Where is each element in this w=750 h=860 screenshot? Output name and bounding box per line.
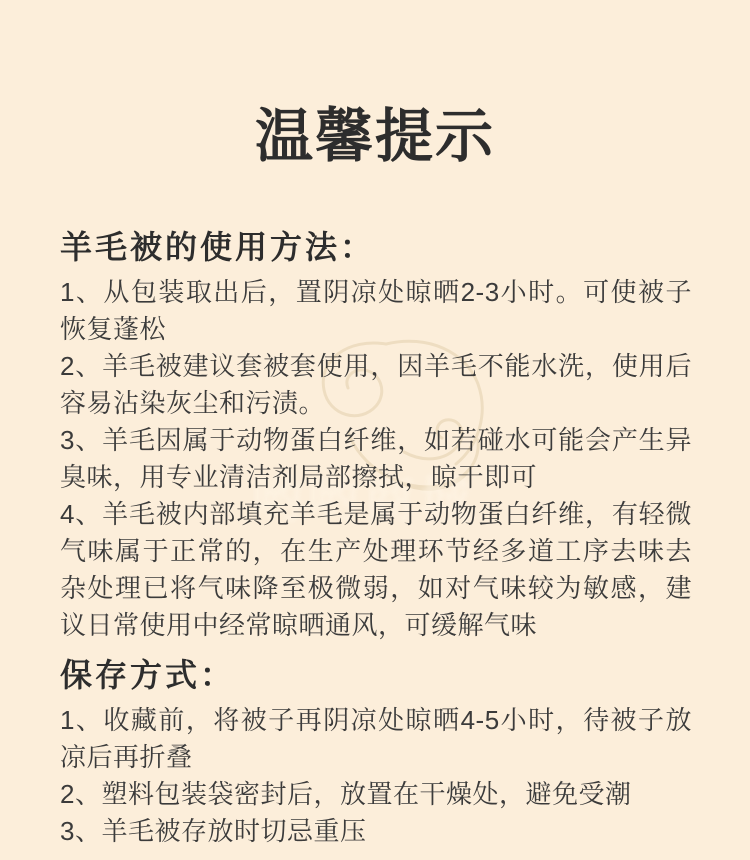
usage-item-list: 1、从包装取出后，置阴凉处晾晒2-3小时。可使被子恢复蓬松 2、羊毛被建议套被套… [60,274,692,644]
usage-item-4: 4、羊毛被内部填充羊毛是属于动物蛋白纤维，有轻微气味属于正常的，在生产处理环节经… [60,496,692,644]
storage-section: 保存方式： 1、收藏前，将被子再阴凉处晾晒4-5小时，待被子放凉后再折叠 2、塑… [0,656,750,850]
notice-content: 温馨提示 羊毛被的使用方法： 1、从包装取出后，置阴凉处晾晒2-3小时。可使被子… [0,0,750,850]
usage-item-3: 3、羊毛因属于动物蛋白纤维，如若碰水可能会产生异臭味，用专业清洁剂局部擦拭，晾干… [60,422,692,496]
usage-item-1: 1、从包装取出后，置阴凉处晾晒2-3小时。可使被子恢复蓬松 [60,274,692,348]
storage-item-2: 2、塑料包装袋密封后，放置在干燥处，避免受潮 [60,776,692,813]
storage-item-list: 1、收藏前，将被子再阴凉处晾晒4-5小时，待被子放凉后再折叠 2、塑料包装袋密封… [60,702,692,850]
usage-section-heading: 羊毛被的使用方法： [60,228,692,266]
warm-tips-notice-page: 哟哟商城 温馨提示 羊毛被的使用方法： 1、从包装取出后，置阴凉处晾晒2-3小时… [0,0,750,860]
usage-section: 羊毛被的使用方法： 1、从包装取出后，置阴凉处晾晒2-3小时。可使被子恢复蓬松 … [0,228,750,644]
page-title: 温馨提示 [0,0,750,172]
storage-item-3: 3、羊毛被存放时切忌重压 [60,813,692,850]
usage-item-2: 2、羊毛被建议套被套使用，因羊毛不能水洗，使用后容易沾染灰尘和污渍。 [60,348,692,422]
storage-section-heading: 保存方式： [60,656,692,694]
storage-item-1: 1、收藏前，将被子再阴凉处晾晒4-5小时，待被子放凉后再折叠 [60,702,692,776]
